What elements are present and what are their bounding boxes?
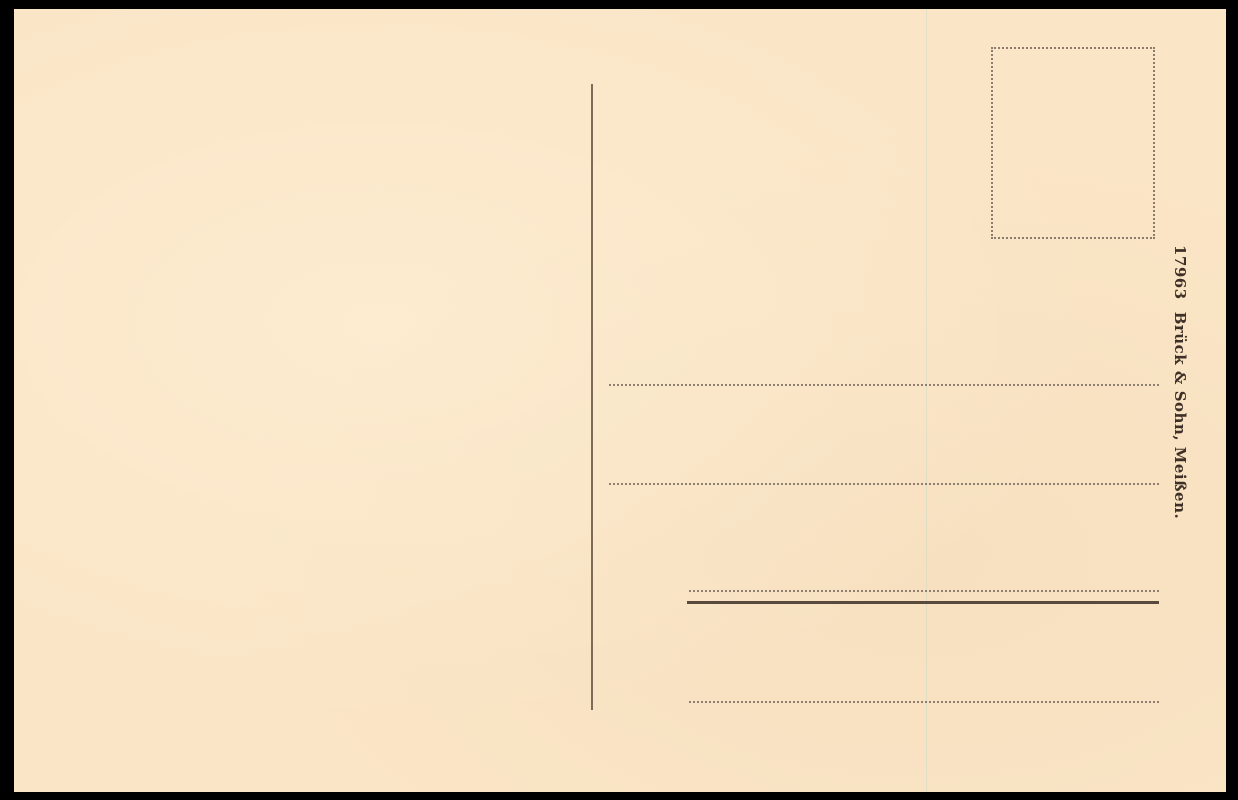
imprint-publisher: Brück & Sohn, Meißen. [1171,312,1189,520]
address-line-3 [689,590,1159,592]
imprint-number: 17963 [1171,245,1189,300]
fold-crease [926,9,927,792]
address-line-4 [689,701,1159,703]
address-line-1 [609,384,1159,386]
message-address-divider [591,84,593,710]
address-line-2 [609,483,1159,485]
address-solid-rule [687,601,1159,604]
publisher-imprint: 17963Brück & Sohn, Meißen. [1171,245,1189,545]
postcard-back: 17963Brück & Sohn, Meißen. [14,9,1226,792]
stamp-placeholder-box [991,47,1155,239]
